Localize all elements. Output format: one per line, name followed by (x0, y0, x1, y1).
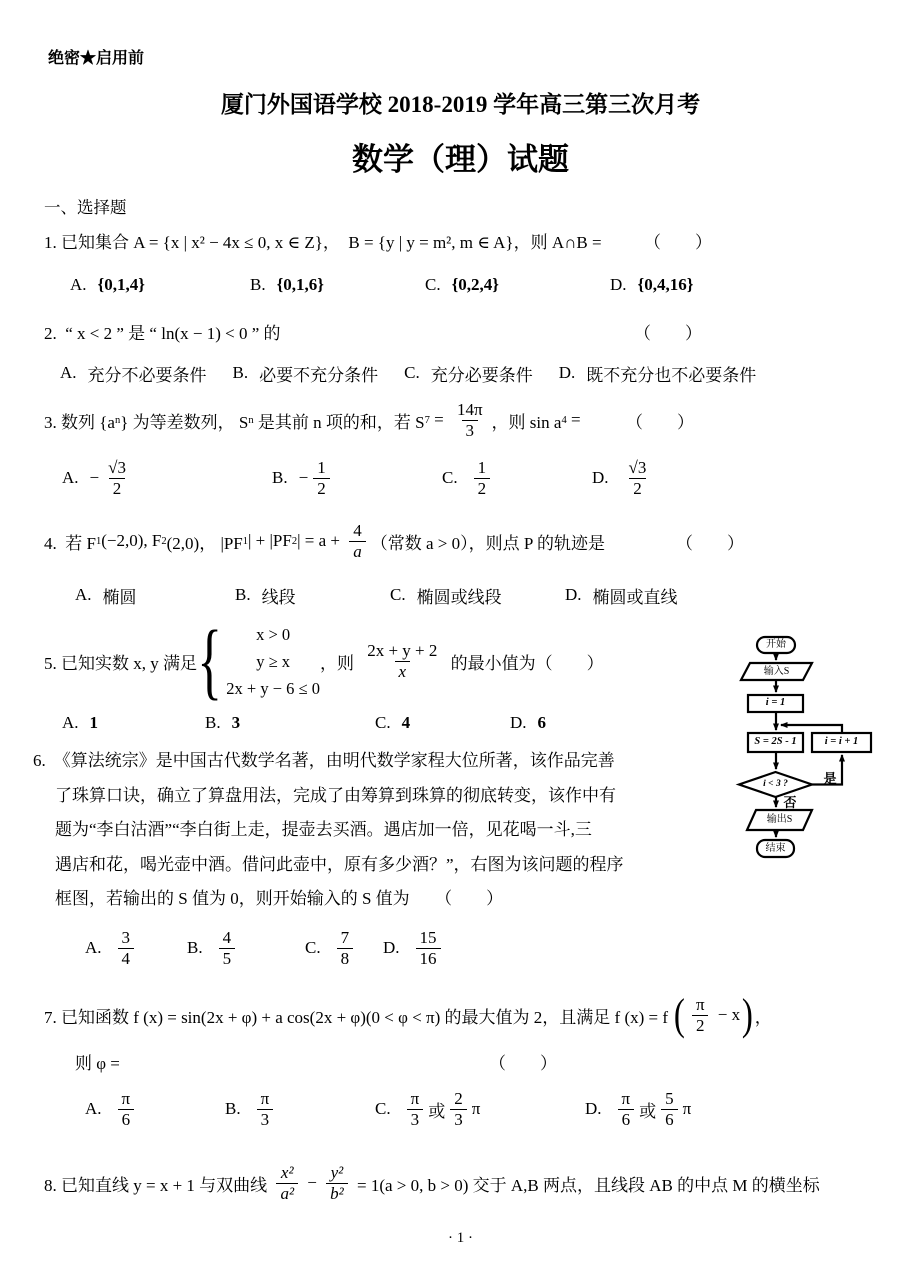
question-1-text: 1. 已知集合 A = {x | x² − 4x ≤ 0, x ∈ Z}， B … (44, 228, 602, 253)
option-b: B.45 (187, 928, 305, 967)
question-8-text: 8. 已知直线 y = x + 1 与双曲线 (44, 1171, 271, 1196)
big-right-paren: ) (742, 995, 753, 1035)
option-label: D. (383, 938, 400, 958)
fraction: 1516 (416, 928, 441, 967)
fraction-denominator: 2 (109, 478, 126, 498)
fraction-denominator: 3 (407, 1109, 424, 1129)
question-6-line-2: 了珠算口诀，确立了算盘用法，完成了由筹算到珠算的彻底转变，该作中有 (33, 779, 688, 814)
question-6-line-1: 6.《算法统宗》是中国古代数学名著，由明代数学家程大位所著，该作品完善 (33, 744, 688, 779)
question-7-options: A.π6 B.π3 C.π3或23π D.π6或56π (85, 1080, 691, 1138)
option-c: C.78 (305, 928, 383, 967)
question-5-stem: 5. 已知实数 x, y 满足 { x > 0 y ≥ x 2x + y − 6… (44, 615, 604, 707)
option-label: B. (235, 585, 251, 605)
fraction: 23 (450, 1089, 467, 1128)
fraction-denominator: 5 (219, 948, 236, 968)
option-label: A. (62, 468, 79, 488)
system-brace: { (197, 620, 222, 702)
option-text: 线段 (262, 583, 296, 608)
fraction-numerator: √3 (625, 458, 651, 477)
init-node-label: i = 1 (748, 695, 803, 712)
question-4-text: | + |PF (248, 531, 292, 551)
fraction: 2x + y + 2x (363, 641, 441, 680)
fraction-numerator: 1 (474, 458, 491, 477)
start-node-label: 开始 (757, 637, 795, 653)
section-heading: 一、选择题 (44, 194, 127, 218)
fraction-denominator: 3 (450, 1109, 467, 1129)
option-c: C.充分必要条件 (404, 361, 533, 386)
question-3-answer-paren: （ ） (626, 408, 694, 433)
option-text: {0,1,6} (277, 275, 324, 295)
question-7-text: ， (755, 1003, 772, 1028)
or-text: 或 (428, 1097, 445, 1122)
question-4-text: (−2,0), F (101, 531, 161, 551)
fraction: π3 (407, 1089, 424, 1128)
system-line: 2x + y − 6 ≤ 0 (226, 675, 320, 702)
fraction-denominator: 4 (118, 948, 135, 968)
option-label: A. (75, 585, 92, 605)
question-4-text: 4. 若 F (44, 529, 96, 554)
option-a: A.−√32 (62, 458, 272, 497)
fraction-numerator: π (257, 1089, 274, 1108)
question-5-options: A.1 B.3 C.4 D.6 (62, 710, 546, 736)
fraction-numerator: π (618, 1089, 635, 1108)
fraction-denominator: 3 (257, 1109, 274, 1129)
fraction-denominator: 6 (118, 1109, 135, 1129)
option-label: B. (233, 363, 249, 383)
question-number: 6. (33, 751, 46, 770)
fraction-numerator: 15 (416, 928, 441, 947)
big-left-paren: ( (674, 995, 685, 1035)
question-3-text: = (430, 410, 448, 430)
question-2-stem: 2. “ x < 2 ” 是 “ ln(x − 1) < 0 ” 的 （ ） (44, 318, 702, 344)
fraction-denominator: x (395, 661, 411, 681)
option-d: D.6 (510, 713, 546, 733)
fraction-denominator: b² (326, 1183, 348, 1203)
fraction: π6 (118, 1089, 135, 1128)
fraction-denominator: 2 (474, 478, 491, 498)
fraction-numerator: π (407, 1089, 424, 1108)
option-a: A.π6 (85, 1089, 225, 1128)
option-d: D.既不充分也不必要条件 (559, 361, 757, 386)
question-3-text: 是其前 n 项的和，若 S (254, 408, 425, 433)
classification-label: 绝密★启用前 (48, 45, 144, 68)
fraction: y²b² (326, 1163, 348, 1202)
question-8-text: − (303, 1173, 321, 1193)
option-label: C. (425, 275, 441, 295)
option-text: 1 (90, 713, 99, 733)
fraction: √32 (104, 458, 130, 497)
fraction: π6 (618, 1089, 635, 1128)
option-label: C. (375, 713, 391, 733)
fraction-numerator: 3 (118, 928, 135, 947)
question-3-text: 3. 数列 {a (44, 408, 115, 433)
option-c: C.4 (375, 713, 510, 733)
option-text: 充分不必要条件 (88, 361, 207, 386)
option-label: A. (85, 1099, 102, 1119)
question-4-text: （常数 a > 0），则点 P 的轨迹是 (371, 529, 605, 554)
question-7-text: 则 φ = (75, 1049, 120, 1074)
option-text: 椭圆或线段 (417, 583, 502, 608)
option-b: B.{0,1,6} (250, 275, 425, 295)
question-4-answer-paren: （ ） (676, 529, 744, 554)
fraction-numerator: 1 (313, 458, 330, 477)
option-label: A. (60, 363, 77, 383)
option-b: B.−12 (272, 458, 442, 497)
fraction-denominator: 6 (618, 1109, 635, 1129)
no-branch-label: 否 (780, 794, 800, 810)
fraction-denominator: 2 (629, 478, 646, 498)
option-c: C.π3或23π (375, 1089, 585, 1128)
question-6-text: 《算法统宗》是中国古代数学名著，由明代数学家程大位所著，该作品完善 (54, 751, 615, 770)
increment-node-label: i = i + 1 (812, 733, 871, 752)
fraction: 12 (313, 458, 330, 497)
fraction-denominator: a (349, 541, 366, 561)
question-7-stem-line-2: 则 φ = （ ） (75, 1048, 557, 1074)
fraction-numerator: 2x + y + 2 (363, 641, 441, 660)
option-label: A. (62, 713, 79, 733)
option-text: 4 (402, 713, 411, 733)
option-d: D.√32 (592, 458, 655, 497)
output-node-label: 输出S (747, 810, 812, 830)
option-text: π (472, 1099, 481, 1119)
option-label: A. (70, 275, 87, 295)
question-3-text: ，则 sin a (492, 408, 562, 433)
option-text: 必要不充分条件 (259, 361, 378, 386)
question-1-stem: 1. 已知集合 A = {x | x² − 4x ≤ 0, x ∈ Z}， B … (44, 222, 712, 258)
option-label: B. (225, 1099, 241, 1119)
inequality-system: x > 0 y ≥ x 2x + y − 6 ≤ 0 (226, 621, 320, 702)
option-text: {0,2,4} (452, 275, 499, 295)
option-d: D.1516 (383, 928, 446, 967)
question-3-text: = (567, 410, 581, 430)
option-a: A.34 (85, 928, 187, 967)
question-6: 6.《算法统宗》是中国古代数学名著，由明代数学家程大位所著，该作品完善 了珠算口… (33, 744, 688, 917)
question-2-answer-paren: （ ） (634, 319, 702, 344)
fraction: 56 (661, 1089, 678, 1128)
option-d: D.椭圆或直线 (565, 583, 678, 608)
option-sign: − (299, 468, 309, 488)
question-8-stem: 8. 已知直线 y = x + 1 与双曲线 x²a² − y²b² = 1(a… (44, 1152, 914, 1214)
question-7-text: − x (714, 1005, 741, 1025)
question-2-text: 2. “ x < 2 ” 是 “ ln(x − 1) < 0 ” 的 (44, 319, 281, 344)
fraction-numerator: 7 (337, 928, 354, 947)
option-text: 充分必要条件 (431, 361, 533, 386)
fraction: x²a² (276, 1163, 298, 1202)
fraction-denominator: 16 (416, 948, 441, 968)
question-7-text: 7. 已知函数 f (x) = sin(2x + φ) + a cos(2x +… (44, 1003, 672, 1028)
end-node-label: 结束 (757, 840, 794, 857)
question-7-answer-paren: （ ） (489, 1049, 557, 1074)
option-label: C. (390, 585, 406, 605)
page-number: · 1 · (0, 1230, 921, 1247)
option-c: C.椭圆或线段 (390, 583, 565, 608)
option-text: 既不充分也不必要条件 (586, 361, 756, 386)
input-node-label: 输入S (741, 663, 812, 680)
option-d: D.{0,4,16} (610, 275, 693, 295)
option-label: D. (592, 468, 609, 488)
fraction: 12 (474, 458, 491, 497)
option-label: D. (585, 1099, 602, 1119)
option-label: C. (404, 363, 420, 383)
question-2-options: A.充分不必要条件 B.必要不充分条件 C.充分必要条件 D.既不充分也不必要条… (60, 360, 756, 386)
option-text: 3 (232, 713, 241, 733)
question-7-stem: 7. 已知函数 f (x) = sin(2x + φ) + a cos(2x +… (44, 986, 884, 1044)
option-text: 6 (538, 713, 547, 733)
fraction: √32 (625, 458, 651, 497)
option-b: B.3 (205, 713, 375, 733)
question-6-options: A.34 B.45 C.78 D.1516 (85, 920, 446, 976)
arrow-loop-back (781, 725, 842, 733)
option-a: A.{0,1,4} (70, 275, 250, 295)
option-c: C.12 (442, 458, 592, 497)
fraction-denominator: 3 (462, 420, 479, 440)
option-text: 椭圆或直线 (593, 583, 678, 608)
option-label: C. (375, 1099, 391, 1119)
option-text: 椭圆 (103, 583, 137, 608)
question-4-options: A.椭圆 B.线段 C.椭圆或线段 D.椭圆或直线 (75, 582, 678, 608)
option-label: C. (305, 938, 321, 958)
exam-subtitle: 数学（理）试题 (0, 134, 921, 179)
fraction-denominator: 8 (337, 948, 354, 968)
fraction: π2 (692, 995, 709, 1034)
question-8-text: = 1(a > 0, b > 0) 交于 A,B 两点，且线段 AB 的中点 M… (353, 1171, 820, 1196)
system-line: y ≥ x (256, 648, 290, 675)
question-3-text: } 为等差数列， S (120, 408, 248, 433)
fraction-denominator: 6 (661, 1109, 678, 1129)
option-text: {0,4,16} (638, 275, 694, 295)
option-label: D. (510, 713, 527, 733)
fraction-denominator: 2 (313, 478, 330, 498)
or-text: 或 (639, 1097, 656, 1122)
option-c: C.{0,2,4} (425, 275, 610, 295)
option-label: B. (272, 468, 288, 488)
question-3-options: A.−√32 B.−12 C.12 D.√32 (62, 450, 655, 506)
option-label: C. (442, 468, 458, 488)
exam-page: { "header": { "classified": "绝密★启用前", "t… (0, 0, 921, 1276)
fraction-numerator: 5 (661, 1089, 678, 1108)
fraction: 4a (349, 521, 366, 560)
flowchart: 开始 输入S i = 1 S = 2S - 1 i = i + 1 i < 3 … (714, 628, 884, 876)
question-6-line-3: 题为“李白沽酒”“李白街上走，提壶去买酒。遇店加一倍，见花喝一斗,三 (33, 813, 688, 848)
fraction-numerator: 4 (219, 928, 236, 947)
option-a: A.椭圆 (75, 583, 235, 608)
option-d: D.π6或56π (585, 1089, 691, 1128)
question-4-text: | = a + (297, 531, 344, 551)
option-text: {0,1,4} (98, 275, 145, 295)
question-1-options: A.{0,1,4} B.{0,1,6} C.{0,2,4} D.{0,4,16} (70, 272, 693, 298)
option-b: B.π3 (225, 1089, 375, 1128)
fraction: 78 (337, 928, 354, 967)
fraction-numerator: 2 (450, 1089, 467, 1108)
option-label: B. (250, 275, 266, 295)
fraction-numerator: π (692, 995, 709, 1014)
fraction: 34 (118, 928, 135, 967)
option-label: B. (205, 713, 221, 733)
option-b: B.线段 (235, 583, 390, 608)
question-5-text: 5. 已知实数 x, y 满足 (44, 649, 197, 674)
fraction-denominator: a² (276, 1183, 298, 1203)
fraction: 45 (219, 928, 236, 967)
fraction-denominator: 2 (692, 1015, 709, 1035)
fraction-numerator: 14π (453, 400, 487, 419)
fraction-numerator: √3 (104, 458, 130, 477)
fraction-numerator: 4 (349, 521, 366, 540)
question-5-text: ，则 (320, 649, 358, 674)
yes-branch-label: 是 (820, 770, 840, 786)
question-3-stem: 3. 数列 {an} 为等差数列， Sn 是其前 n 项的和，若 S7 = 14… (44, 396, 694, 444)
option-label: B. (187, 938, 203, 958)
exam-title: 厦门外国语学校 2018-2019 学年高三第三次月考 (0, 86, 921, 119)
fraction: 14π3 (453, 400, 487, 439)
option-a: A.充分不必要条件 (60, 361, 207, 386)
loop-body-node-label: S = 2S - 1 (748, 733, 803, 752)
fraction-numerator: x² (277, 1163, 298, 1182)
fraction-numerator: y² (327, 1163, 348, 1182)
question-6-line-4: 遇店和花，喝光壶中酒。借问此壶中，原有多少酒？”，右图为该问题的程序 (33, 848, 688, 883)
option-label: D. (610, 275, 627, 295)
option-label: D. (565, 585, 582, 605)
question-4-text: (2,0)， |PF (167, 529, 243, 554)
option-label: A. (85, 938, 102, 958)
question-4-stem: 4. 若 F1(−2,0), F2(2,0)， |PF1| + |PF2| = … (44, 515, 744, 567)
option-text: π (683, 1099, 692, 1119)
option-b: B.必要不充分条件 (233, 361, 379, 386)
option-label: D. (559, 363, 576, 383)
option-sign: − (90, 468, 100, 488)
fraction: π3 (257, 1089, 274, 1128)
question-1-answer-paren: （ ） (644, 228, 712, 253)
question-5-text: 的最小值为（ ） (446, 649, 603, 674)
option-a: A.1 (62, 713, 205, 733)
system-line: x > 0 (256, 621, 290, 648)
fraction-numerator: π (118, 1089, 135, 1108)
question-6-line-5: 框图，若输出的 S 值为 0，则开始输入的 S 值为 （ ） (33, 882, 688, 917)
condition-node-label: i < 3 ? (739, 772, 812, 797)
